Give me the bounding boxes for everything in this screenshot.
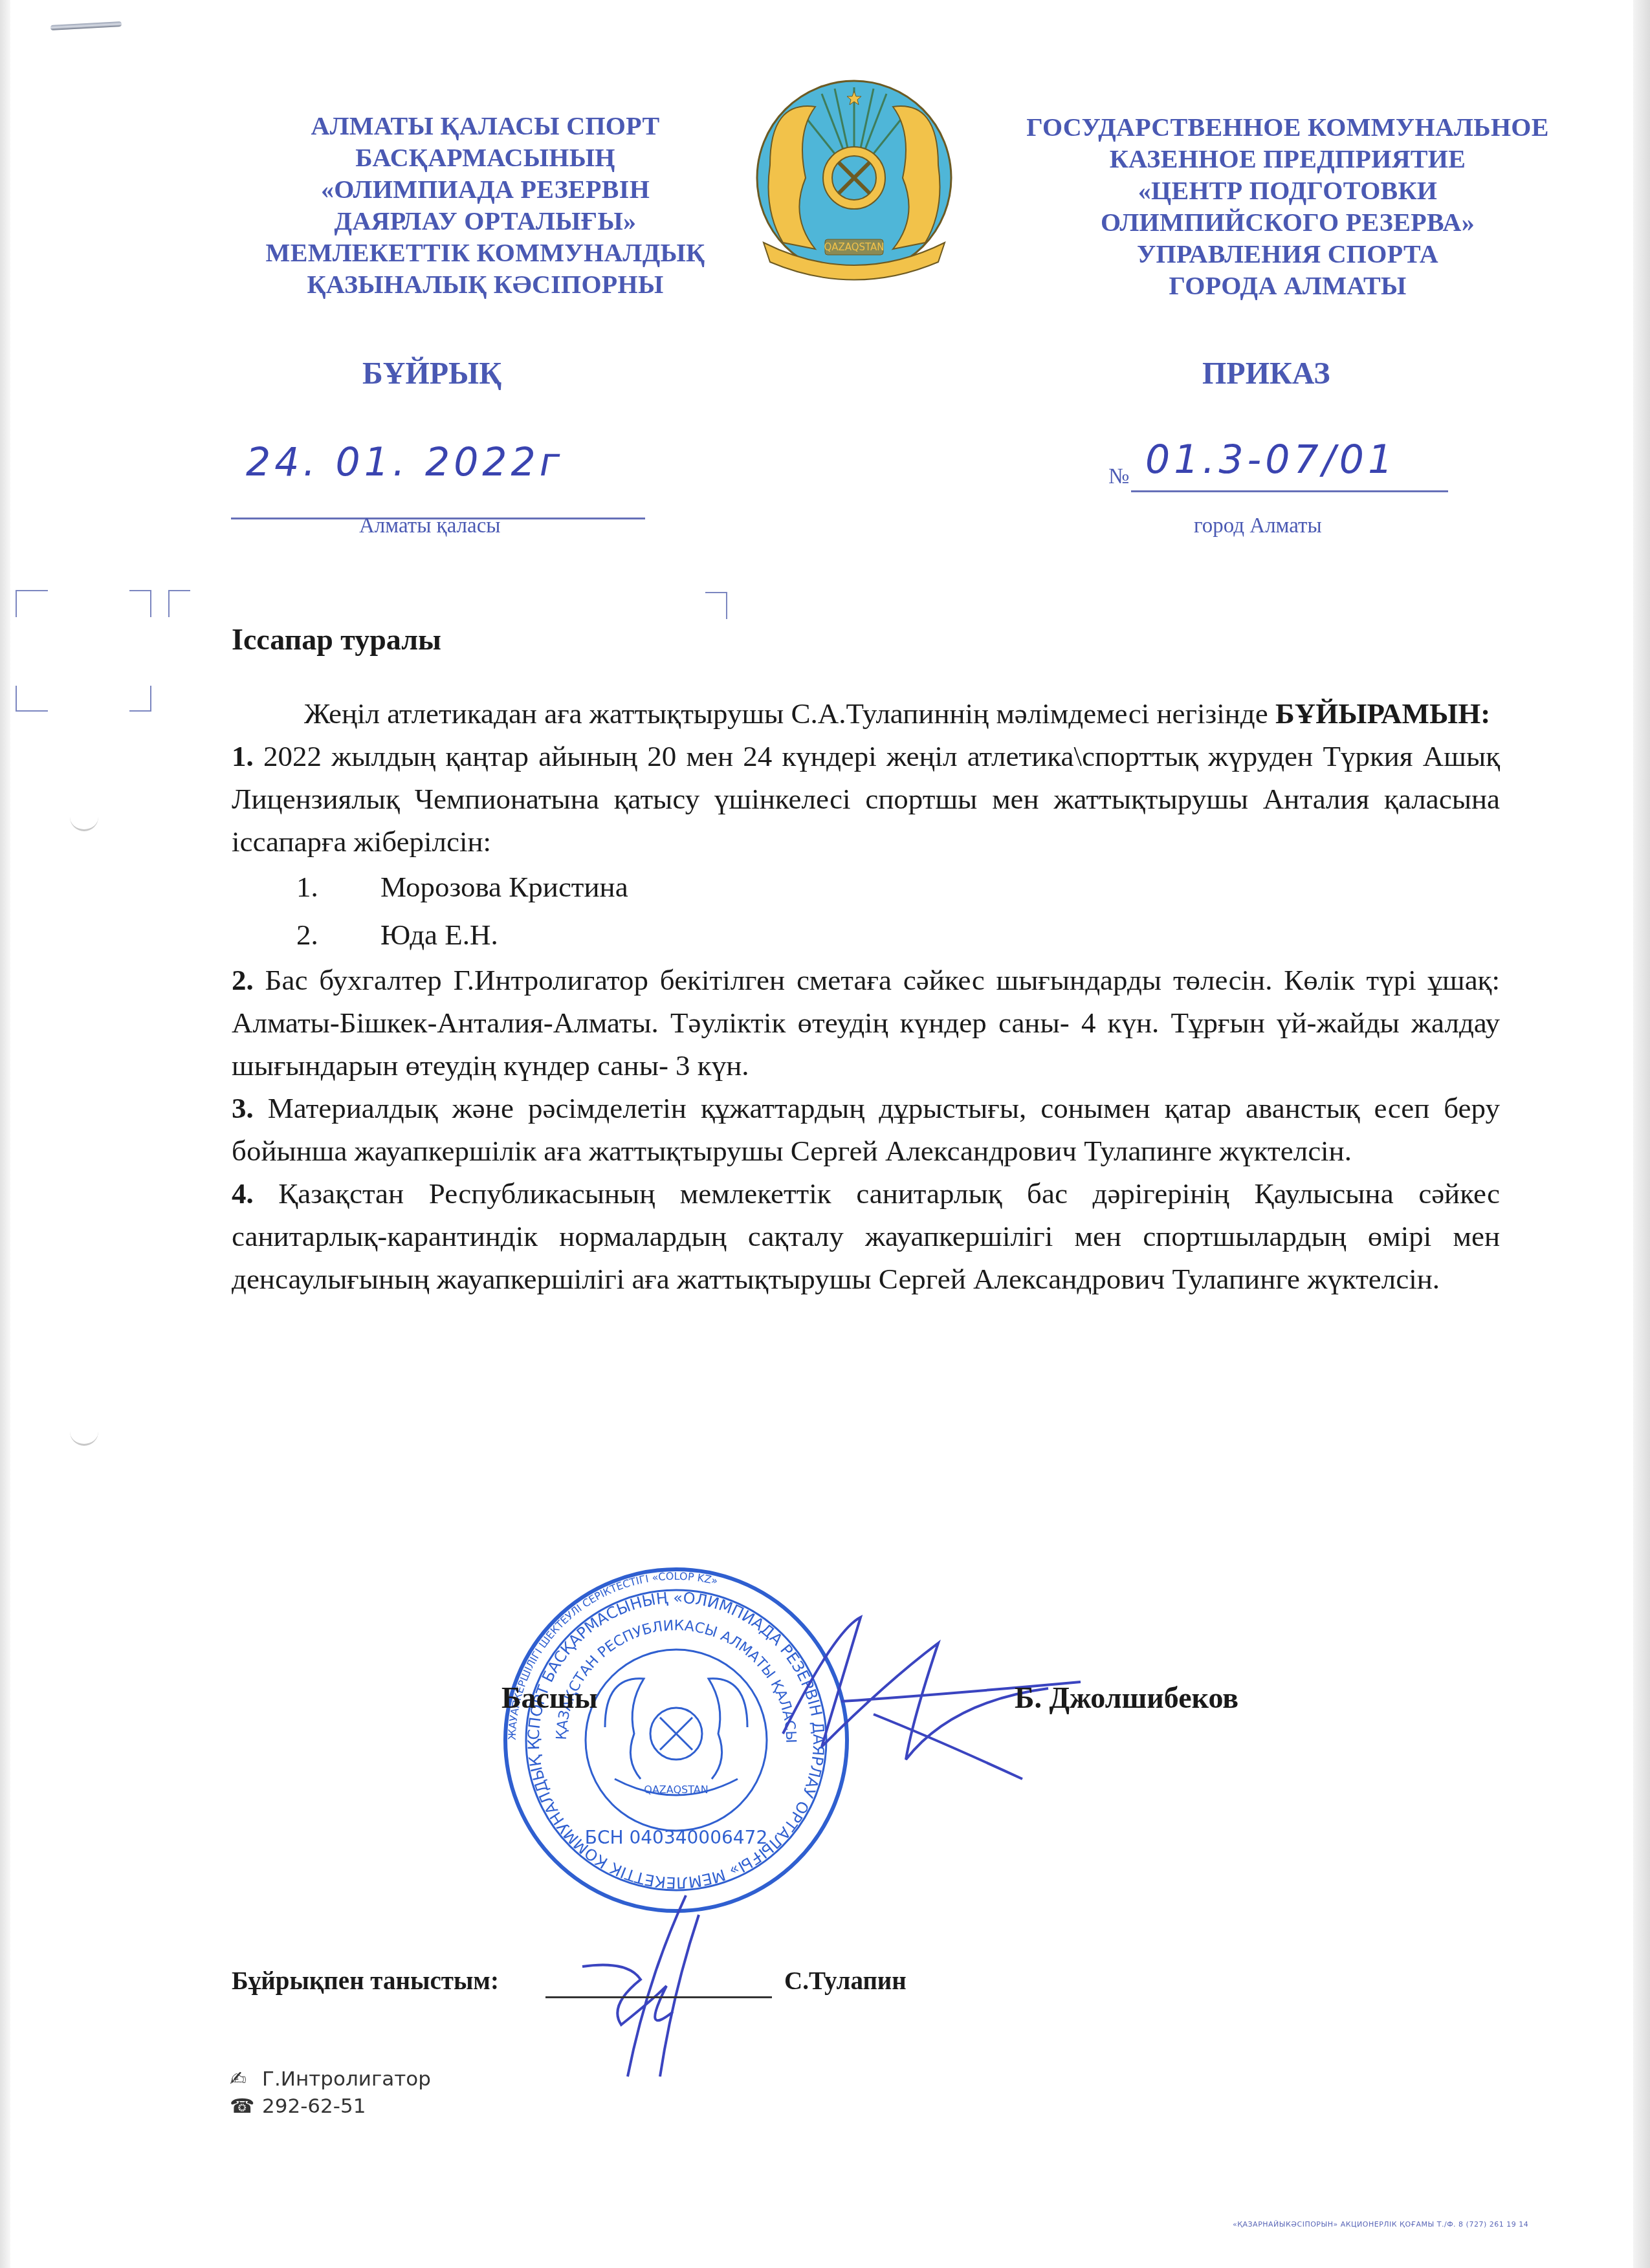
corner-mark — [16, 686, 48, 712]
corner-mark — [129, 686, 151, 712]
scan-right-edge — [1633, 0, 1650, 2268]
svg-text:БСН 040340006472: БСН 040340006472 — [585, 1827, 768, 1848]
letterhead-ru-line: КАЗЕННОЕ ПРЕДПРИЯТИЕ — [990, 143, 1585, 175]
acknowledgement-signature-icon — [569, 1889, 738, 2083]
corner-mark — [705, 592, 727, 619]
corner-mark — [129, 590, 151, 617]
item-text: Материалдық және рәсімделетін құжаттарды… — [232, 1092, 1500, 1167]
participant-number: 1. — [232, 863, 380, 911]
participants-list: 1.Морозова Кристина 2.Юда Е.Н. — [232, 863, 1500, 959]
item-text: Бас бухгалтер Г.Интролигатор бекітілген … — [232, 964, 1500, 1082]
corner-mark — [16, 590, 48, 617]
participant-number: 2. — [232, 911, 380, 959]
letterhead-ru-line: «ЦЕНТР ПОДГОТОВКИ — [990, 175, 1585, 206]
letterhead-ru-line: УПРАВЛЕНИЯ СПОРТА — [990, 238, 1585, 270]
scan-left-edge — [0, 0, 10, 2268]
svg-text:QAZAQSTAN: QAZAQSTAN — [824, 241, 884, 253]
executor-line: ✍Г.Интролигатор — [230, 2067, 431, 2091]
signatory-name: Б. Джолшибеков — [1015, 1681, 1238, 1715]
letterhead-ru-line: ОЛИМПИЙСКОГО РЕЗЕРВА» — [990, 206, 1585, 238]
letterhead-kz-line: «ОЛИМПИАДА РЕЗЕРВІН — [239, 173, 731, 205]
order-item-4: 4. Қазақстан Республикасының мемлекеттік… — [232, 1172, 1500, 1300]
svg-text:QAZAQSTAN: QAZAQSTAN — [644, 1783, 708, 1796]
city-ru: город Алматы — [1194, 514, 1322, 538]
writing-hand-icon: ✍ — [230, 2067, 262, 2091]
corner-mark — [168, 590, 190, 617]
intro-text: Жеңіл атлетикадан аға жаттықтырушы С.А.Т… — [304, 697, 1268, 730]
order-item-3: 3. Материалдық және рәсімделетін құжатта… — [232, 1087, 1500, 1172]
letterhead-ru-line: ГОСУДАРСТВЕННОЕ КОММУНАЛЬНОЕ — [990, 111, 1585, 143]
acknowledgement-signature-line — [545, 1996, 772, 1998]
item-number: 4. — [232, 1177, 254, 1210]
order-item-2: 2. Бас бухгалтер Г.Интролигатор бекітілг… — [232, 959, 1500, 1087]
item-number: 3. — [232, 1092, 254, 1124]
letterhead-ru-line: ГОРОДА АЛМАТЫ — [990, 270, 1585, 301]
punch-hole — [70, 1430, 98, 1446]
order-body: Жеңіл атлетикадан аға жаттықтырушы С.А.Т… — [232, 692, 1500, 1300]
document-title-kz: БҰЙРЫҚ — [362, 356, 501, 391]
item-text: Қазақстан Республикасының мемлекеттік са… — [232, 1177, 1500, 1295]
telephone-icon: ☎ — [230, 2095, 262, 2118]
staple-mark — [50, 21, 122, 30]
letterhead-kz: АЛМАТЫ ҚАЛАСЫ СПОРТ БАСҚАРМАСЫНЫҢ «ОЛИМП… — [239, 110, 731, 300]
letterhead-kz-line: АЛМАТЫ ҚАЛАСЫ СПОРТ — [239, 110, 731, 142]
executor-name: Г.Интролигатор — [262, 2067, 431, 2091]
document-title-ru: ПРИКАЗ — [1202, 356, 1330, 391]
number-sign: № — [1108, 464, 1129, 489]
printer-imprint: «ҚАЗАРНАЙЫКӘСІПОРЫН» АКЦИОНЕРЛІК ҚОҒАМЫ … — [1233, 2220, 1528, 2229]
letterhead-kz-line: БАСҚАРМАСЫНЫҢ — [239, 142, 731, 173]
intro-directive: БҰЙЫРАМЫН: — [1275, 697, 1490, 730]
number-underline — [1131, 484, 1448, 492]
punch-hole — [70, 815, 98, 831]
letterhead-ru: ГОСУДАРСТВЕННОЕ КОММУНАЛЬНОЕ КАЗЕННОЕ ПР… — [990, 111, 1585, 301]
state-emblem-icon: QAZAQSTAN — [744, 74, 964, 294]
participant-name: Морозова Кристина — [380, 863, 628, 911]
signatory-role: Басшы — [501, 1681, 598, 1715]
letterhead-kz-line: ДАЯРЛАУ ОРТАЛЫҒЫ» — [239, 205, 731, 237]
item-number: 1. — [232, 740, 254, 772]
item-text: 2022 жылдың қаңтар айының 20 мен 24 күнд… — [232, 740, 1500, 858]
phone-line: ☎292-62-51 — [230, 2095, 366, 2118]
order-number: 01.3-07/01 — [1145, 437, 1396, 483]
participant-item: 2.Юда Е.Н. — [232, 911, 1500, 959]
item-number: 2. — [232, 964, 254, 996]
city-kz: Алматы қаласы — [359, 514, 501, 538]
order-item-1: 1. 2022 жылдың қаңтар айының 20 мен 24 к… — [232, 735, 1500, 863]
order-subject: Іссапар туралы — [232, 622, 441, 657]
intro-paragraph: Жеңіл атлетикадан аға жаттықтырушы С.А.Т… — [232, 692, 1500, 735]
acknowledgement-name: С.Тулапин — [784, 1967, 907, 1996]
order-date: 24. 01. 2022г — [246, 440, 564, 485]
letterhead-kz-line: МЕМЛЕКЕТТІК КОММУНАЛДЫҚ — [239, 237, 731, 268]
participant-name: Юда Е.Н. — [380, 911, 498, 959]
participant-item: 1.Морозова Кристина — [232, 863, 1500, 911]
acknowledgement-label: Бұйрықпен таныстым: — [232, 1967, 499, 1996]
letterhead-kz-line: ҚАЗЫНАЛЫҚ КӘСІПОРНЫ — [239, 268, 731, 300]
executor-phone: 292-62-51 — [262, 2095, 366, 2118]
